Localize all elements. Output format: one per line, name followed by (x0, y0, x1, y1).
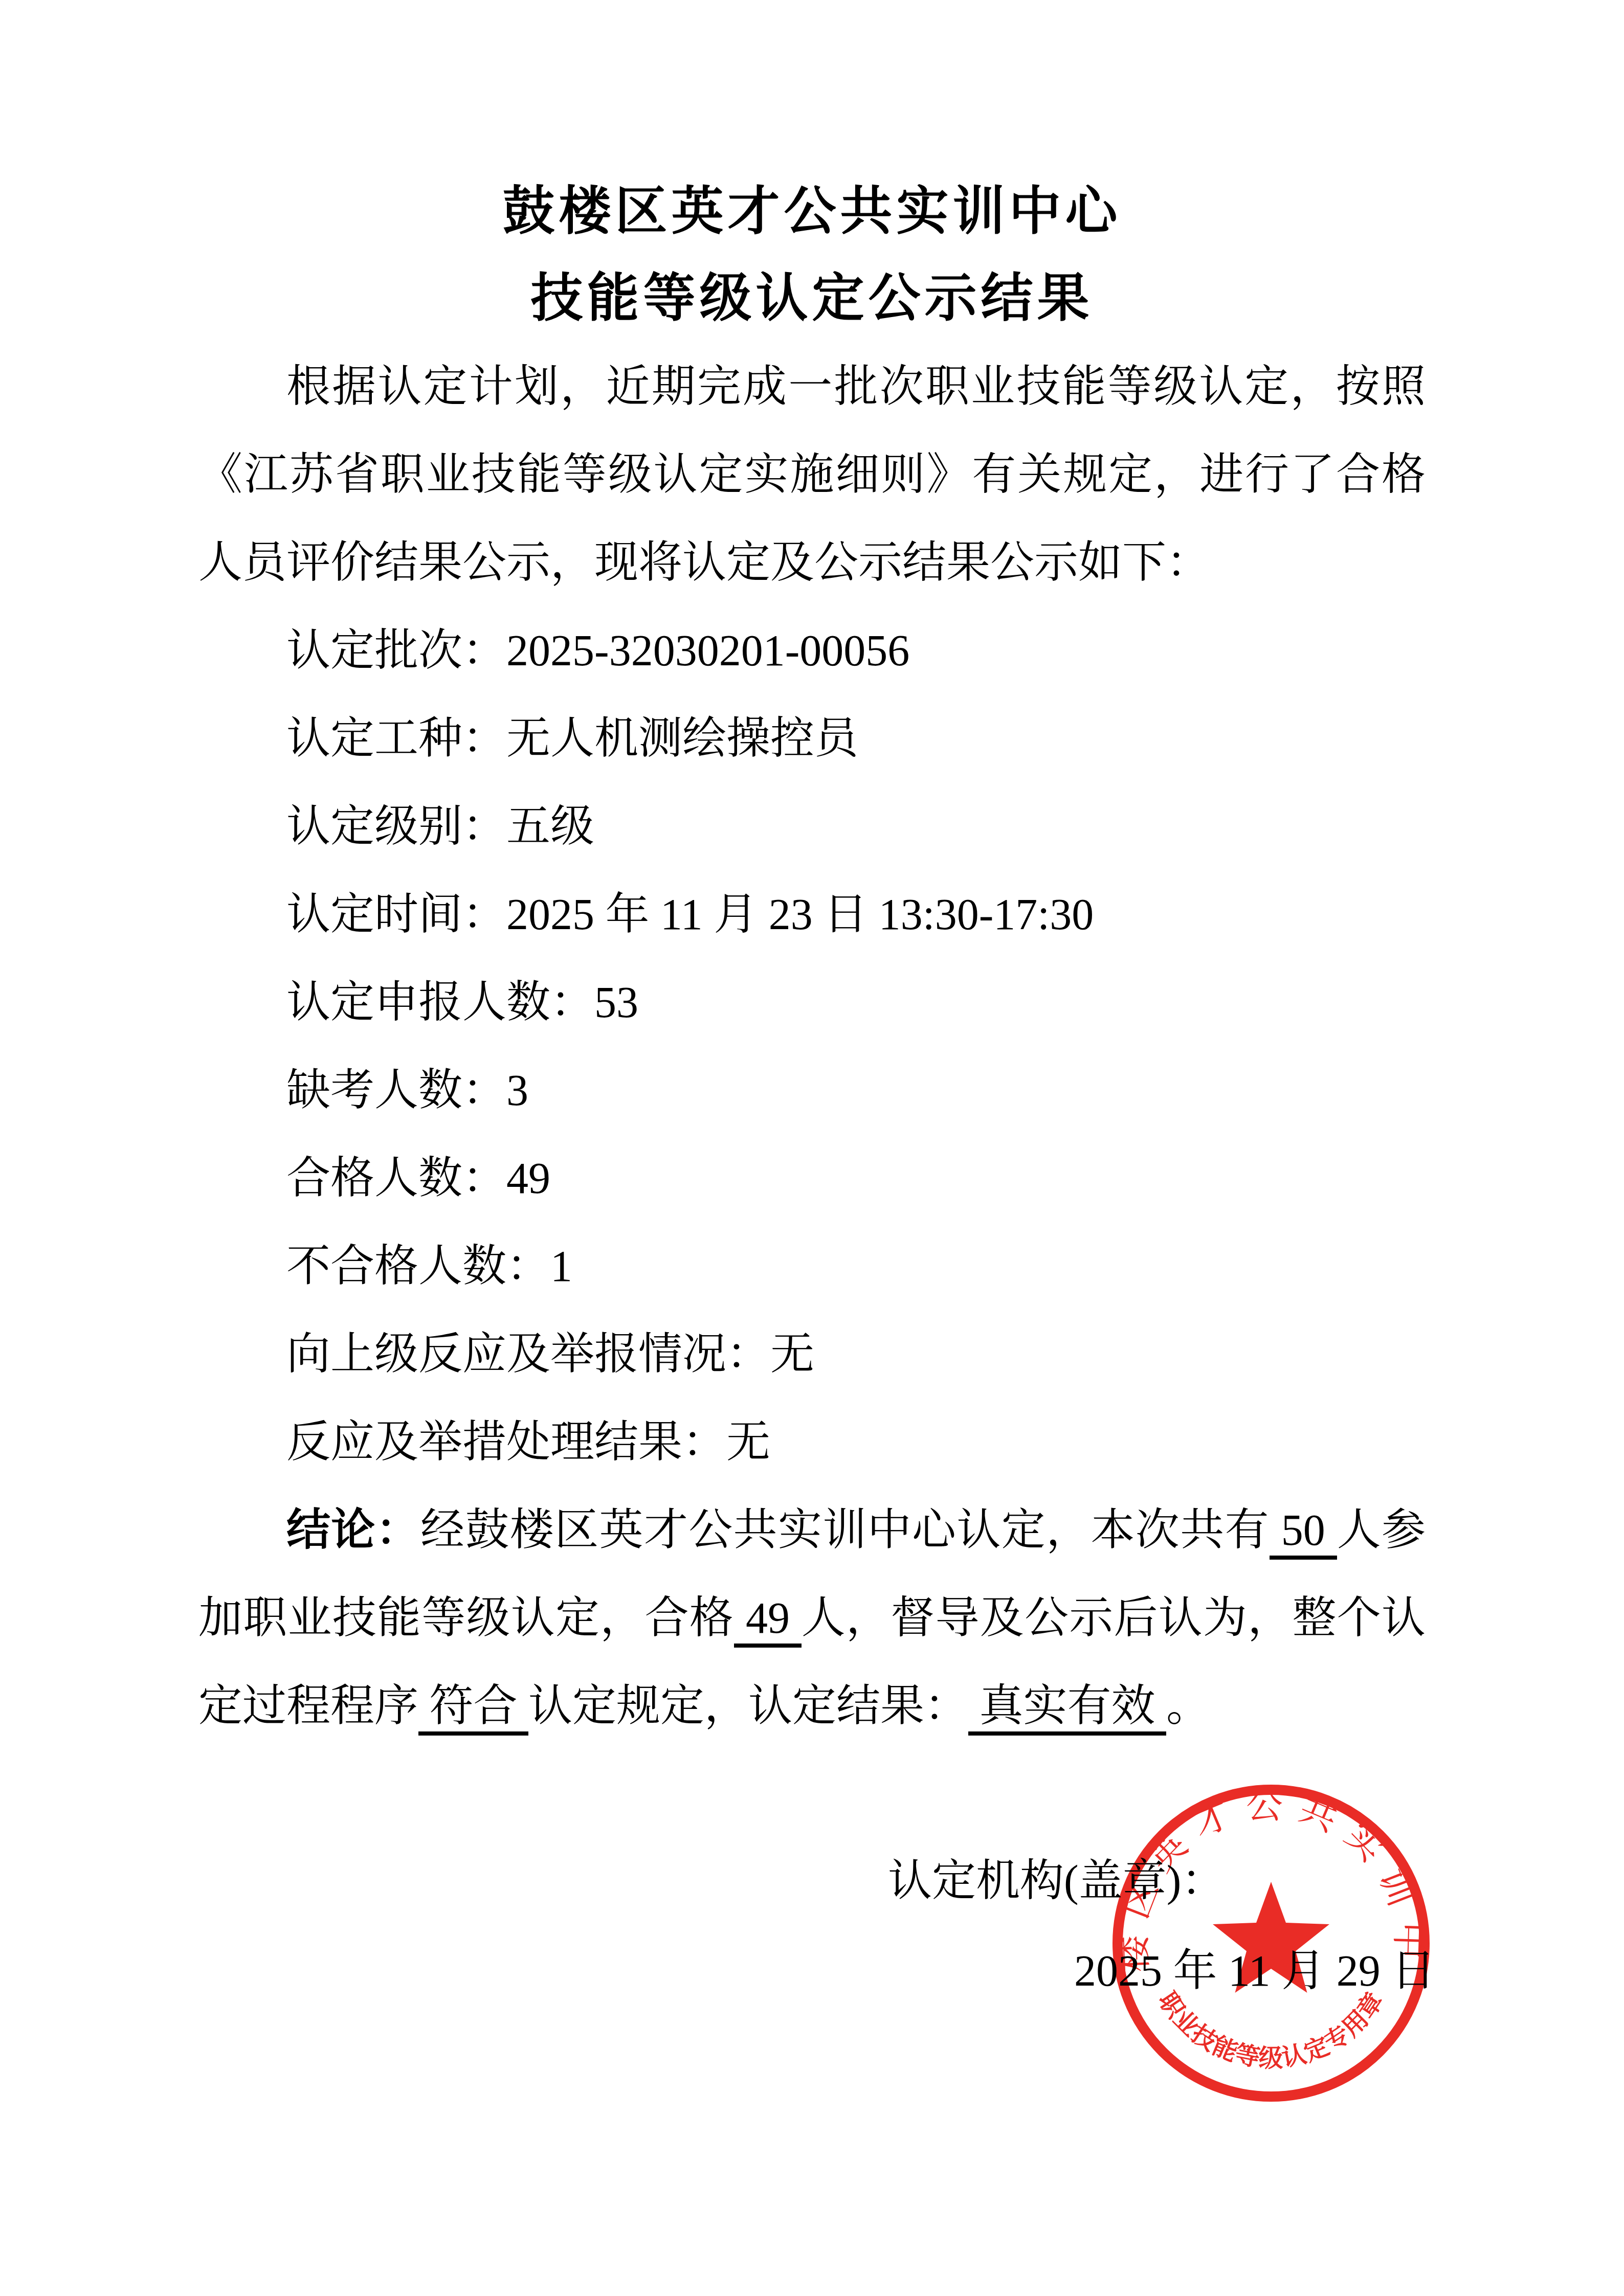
detail-row-time: 认定时间：2025 年 11 月 23 日 13:30-17:30 (198, 870, 1426, 958)
detail-label: 向上级反应及举报情况： (286, 1330, 770, 1379)
document-body: 根据认定计划，近期完成一批次职业技能等级认定，按照《江苏省职业技能等级认定实施细… (198, 343, 1426, 1750)
detail-label: 认定时间： (286, 890, 506, 939)
conclusion-paragraph: 结论：经鼓楼区英才公共实训中心认定，本次共有 50 人参加职业技能等级认定，合格… (198, 1486, 1426, 1750)
detail-label: 认定申报人数： (286, 978, 594, 1027)
detail-value: 五级 (506, 802, 594, 851)
conclusion-passed-underlined: 49 (734, 1593, 802, 1648)
detail-row-handling: 反应及举措处理结果：无 (198, 1398, 1426, 1486)
detail-value: 49 (506, 1154, 550, 1203)
detail-row-absent: 缺考人数：3 (198, 1046, 1426, 1134)
detail-row-occupation: 认定工种：无人机测绘操控员 (198, 694, 1426, 782)
detail-row-batch: 认定批次：2025-32030201-00056 (198, 606, 1426, 694)
conclusion-lead: 结论： (286, 1505, 420, 1555)
detail-label: 认定级别： (286, 802, 506, 851)
detail-label: 认定工种： (286, 714, 506, 763)
official-seal-stamp: 鼓楼区英才公共实训中心 职业技能等级认定专用章 (1107, 1780, 1435, 2107)
detail-row-passed: 合格人数：49 (198, 1134, 1426, 1222)
intro-paragraph: 根据认定计划，近期完成一批次职业技能等级认定，按照《江苏省职业技能等级认定实施细… (198, 343, 1426, 606)
conclusion-text-5: 。 (1166, 1681, 1210, 1730)
detail-value: 无 (726, 1417, 770, 1467)
detail-value: 无 (770, 1330, 814, 1379)
document-title-line1: 鼓楼区英才公共实训中心 (198, 169, 1426, 256)
detail-label: 认定批次： (286, 626, 506, 675)
stamp-bottom-text: 职业技能等级认定专用章 (1153, 1987, 1389, 2072)
detail-value: 1 (550, 1242, 572, 1291)
conclusion-text-1: 经鼓楼区英才公共实训中心认定，本次共有 (420, 1505, 1270, 1555)
intro-paragraph-text: 根据认定计划，近期完成一批次职业技能等级认定，按照《江苏省职业技能等级认定实施细… (198, 362, 1426, 587)
stamp-star-icon (1213, 1882, 1329, 1993)
detail-row-applicants: 认定申报人数：53 (198, 958, 1426, 1046)
detail-value: 2025 年 11 月 23 日 13:30-17:30 (506, 890, 1094, 939)
conclusion-participants-underlined: 50 (1270, 1505, 1337, 1560)
stamp-bottom-textpath: 职业技能等级认定专用章 (1153, 1987, 1389, 2072)
detail-label: 缺考人数： (286, 1066, 506, 1115)
detail-value: 无人机测绘操控员 (506, 714, 858, 763)
detail-label: 不合格人数： (286, 1242, 550, 1291)
conclusion-result-underlined: 真实有效 (968, 1681, 1166, 1736)
conclusion-text-4: 认定规定，认定结果： (528, 1681, 968, 1730)
detail-value: 3 (506, 1066, 528, 1115)
detail-row-reports: 向上级反应及举报情况：无 (198, 1310, 1426, 1398)
detail-label: 合格人数： (286, 1154, 506, 1203)
detail-value: 53 (594, 978, 638, 1027)
detail-label: 反应及举措处理结果： (286, 1417, 726, 1467)
detail-row-failed: 不合格人数：1 (198, 1222, 1426, 1310)
document-title-line2: 技能等级认定公示结果 (198, 256, 1426, 343)
conclusion-conform-underlined: 符合 (418, 1681, 528, 1736)
document-page: 鼓楼区英才公共实训中心 技能等级认定公示结果 根据认定计划，近期完成一批次职业技… (0, 0, 1624, 2296)
detail-value: 2025-32030201-00056 (506, 626, 909, 675)
detail-row-level: 认定级别：五级 (198, 782, 1426, 870)
